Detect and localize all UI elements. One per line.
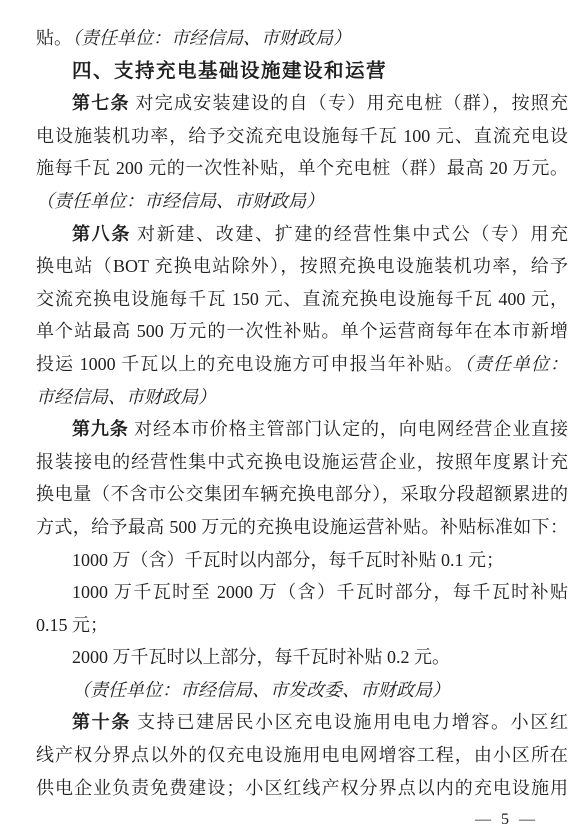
article-number: 第十条 [72, 712, 131, 732]
text-line: （责任单位：市经信局、市财政局） [36, 185, 568, 218]
section-heading: 四、支持充电基础设施建设和运营 [36, 55, 568, 88]
body-text: 1000 万千瓦时至 2000 万（含）千瓦时部分，每千瓦时补贴 [72, 582, 568, 602]
body-text: 2000 万千瓦时以上部分，每千瓦时补贴 0.2 元。 [72, 647, 450, 667]
text-line: 2000 万千瓦时以上部分，每千瓦时补贴 0.2 元。 [36, 641, 568, 674]
responsible-unit-text: （责任单位：市经信局、市财政局） [36, 191, 324, 211]
body-text: 1000 万（含）千瓦时以内部分，每千瓦时补贴 0.1 元； [72, 550, 504, 570]
text-line: 第八条 对新建、改建、扩建的经营性集中式公（专）用充 [36, 218, 568, 251]
body-text: 交流充换电设施每千瓦 150 元、直流充换电设施每千瓦 400 元， [36, 289, 568, 309]
text-line: 第九条 对经本市价格主管部门认定的，向电网经营企业直接 [36, 413, 568, 446]
text-line: 投运 1000 千瓦以上的充电设施方可申报当年补贴。（责任单位： [36, 348, 568, 381]
text-line: 第七条 对完成安装建设的自（专）用充电桩（群），按照充 [36, 87, 568, 120]
document-page: 贴。（责任单位：市经信局、市财政局） 四、支持充电基础设施建设和运营 第七条 对… [0, 0, 580, 839]
body-text: 0.15 元； [36, 615, 108, 635]
text-line: 交流充换电设施每千瓦 150 元、直流充换电设施每千瓦 400 元， [36, 283, 568, 316]
body-text: 对完成安装建设的自（专）用充电桩（群），按照充 [130, 93, 568, 113]
body-text: 对新建、改建、扩建的经营性集中式公（专）用充 [131, 224, 568, 244]
body-text: 换电站（BOT 充换电站除外），按照充换电设施装机功率，给予 [36, 256, 568, 276]
responsible-unit-text: 市经信局、市财政局） [36, 387, 216, 407]
text-line: 贴。（责任单位：市经信局、市财政局） [36, 22, 568, 55]
text-line: 供电企业负责免费建设；小区红线产权分界点以内的充电设施用 [36, 772, 568, 805]
body-text: 施每千瓦 200 元的一次性补贴，单个充电桩（群）最高 20 万元。 [36, 158, 568, 178]
body-text: 投运 1000 千瓦以上的充电设施方可申报当年补贴。 [36, 354, 464, 374]
text-line: 换电量（不含市公交集团车辆充换电部分），采取分段超额累进的 [36, 478, 568, 511]
body-text: 贴。 [36, 28, 72, 48]
responsible-unit-text: （责任单位：市经信局、市发改委、市财政局） [72, 680, 450, 700]
text-line: 电设施装机功率，给予交流充电设施每千瓦 100 元、直流充电设 [36, 120, 568, 153]
text-line: 线产权分界点以外的仅充电设施用电电网增容工程，由小区所在 [36, 739, 568, 772]
responsible-unit-text: （责任单位：市经信局、市财政局） [72, 28, 351, 48]
text-line: 施每千瓦 200 元的一次性补贴，单个充电桩（群）最高 20 万元。 [36, 152, 568, 185]
article-number: 第八条 [72, 224, 131, 244]
body-text: 电设施装机功率，给予交流充电设施每千瓦 100 元、直流充电设 [36, 126, 568, 146]
body-text: 方式，给予最高 500 万元的充换电设施运营补贴。补贴标准如下： [36, 517, 568, 537]
text-line: 换电站（BOT 充换电站除外），按照充换电设施装机功率，给予 [36, 250, 568, 283]
document-text-block: 贴。（责任单位：市经信局、市财政局） 四、支持充电基础设施建设和运营 第七条 对… [36, 22, 568, 804]
body-text: 单个站最高 500 万元的一次性补贴。单个运营商每年在本市新增 [36, 321, 568, 341]
body-text: 线产权分界点以外的仅充电设施用电电网增容工程，由小区所在 [36, 745, 568, 765]
text-line: 单个站最高 500 万元的一次性补贴。单个运营商每年在本市新增 [36, 315, 568, 348]
text-line: 第十条 支持已建居民小区充电设施用电电力增容。小区红 [36, 706, 568, 739]
section-heading-text: 四、支持充电基础设施建设和运营 [72, 60, 387, 82]
responsible-unit-text: （责任单位： [464, 354, 568, 374]
body-text: 对经本市价格主管部门认定的，向电网经营企业直接 [129, 419, 568, 439]
text-line: 1000 万千瓦时至 2000 万（含）千瓦时部分，每千瓦时补贴 [36, 576, 568, 609]
text-line: 0.15 元； [36, 609, 568, 642]
page-number: — 5 — [475, 806, 538, 834]
body-text: 供电企业负责免费建设；小区红线产权分界点以内的充电设施用 [36, 778, 568, 798]
text-line: 1000 万（含）千瓦时以内部分，每千瓦时补贴 0.1 元； [36, 544, 568, 577]
article-number: 第九条 [72, 419, 129, 439]
text-line: 方式，给予最高 500 万元的充换电设施运营补贴。补贴标准如下： [36, 511, 568, 544]
text-line: （责任单位：市经信局、市发改委、市财政局） [36, 674, 568, 707]
body-text: 报装接电的经营性集中式充换电设施运营企业，按照年度累计充 [36, 452, 568, 472]
text-line: 市经信局、市财政局） [36, 381, 568, 414]
body-text: 支持已建居民小区充电设施用电电力增容。小区红 [131, 712, 568, 732]
body-text: 换电量（不含市公交集团车辆充换电部分），采取分段超额累进的 [36, 484, 568, 504]
article-number: 第七条 [72, 93, 130, 113]
text-line: 报装接电的经营性集中式充换电设施运营企业，按照年度累计充 [36, 446, 568, 479]
